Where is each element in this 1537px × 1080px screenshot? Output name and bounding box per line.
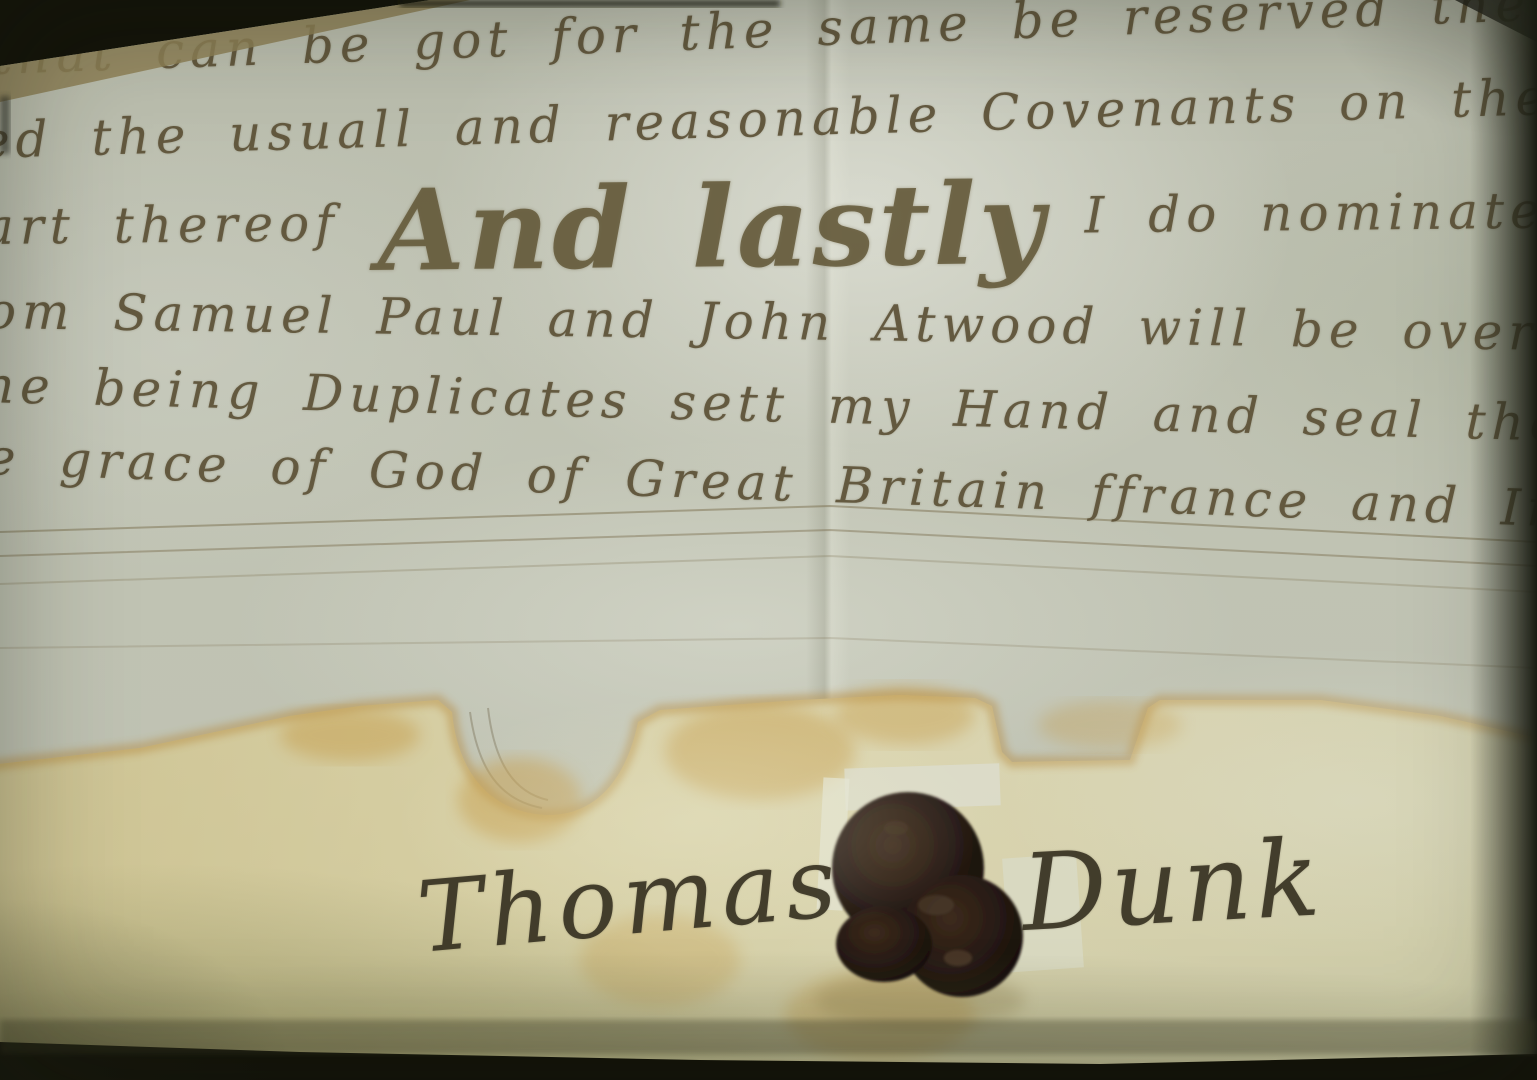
- and-lastly-calligraphy: And lastly: [377, 159, 1048, 297]
- parchment-photo: that can be got for the same be reserved…: [0, 0, 1537, 1080]
- manuscript-line-3-start: art thereof: [0, 194, 340, 256]
- signature-surname: Dunk: [1019, 816, 1327, 955]
- manuscript-line-3-end: I do nominate and ap: [1084, 179, 1537, 245]
